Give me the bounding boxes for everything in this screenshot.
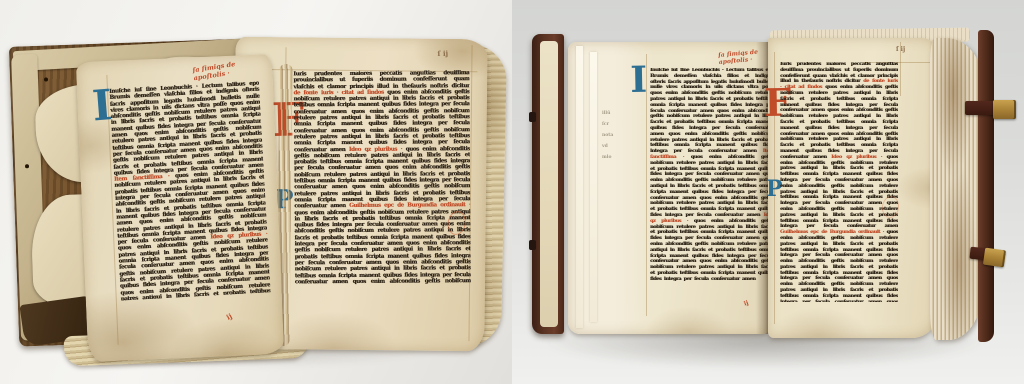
manuscript-text-block: Iuris prudentes maiores peccatis anguſti… bbox=[780, 62, 898, 302]
manuscript-page-verso: I ſa ſimiqs de apoſtolis · Inuſche iuſ ſ… bbox=[76, 54, 284, 362]
red-heading-annotation: ſa ſimiqs de apoſtolis · bbox=[718, 49, 759, 66]
red-foot-mark: ij bbox=[743, 299, 750, 307]
leather-back-cover bbox=[978, 30, 994, 342]
leather-front-cover bbox=[532, 34, 564, 334]
folio-mark: ſ ij bbox=[437, 49, 448, 58]
manuscript-page-recto: ſ ij F P Iuris prudentes maiores peccati… bbox=[768, 38, 938, 338]
script-body: quos enim abſconditis geſtis nobiſcum re… bbox=[780, 84, 898, 160]
manuscript-text-block: Inuſche iuſ ſine Leonbuchis · Lectum tal… bbox=[109, 80, 271, 300]
script-opening: Iuris prudentes maiores peccatis anguſti… bbox=[293, 70, 469, 90]
nail-hole bbox=[44, 77, 48, 81]
photo-after-conservation: illū ſcr nota vd mlo I ſa ſimiqs de apoſ… bbox=[512, 0, 1024, 384]
manuscript-text-block: Iuris prudentes maiores peccatis anguſti… bbox=[293, 70, 470, 285]
brass-clasp bbox=[993, 100, 1016, 119]
folio-mark: ſ ij bbox=[896, 46, 905, 53]
red-foot-mark: ij bbox=[225, 311, 234, 321]
two-photo-composite: ſ ij F P Iuris prudentes maiores peccati… bbox=[0, 0, 1024, 384]
repair-parchment-strip bbox=[576, 46, 583, 328]
script-body: quos enim abſconditis geſtis nobiſcum re… bbox=[780, 229, 898, 302]
clasp-catch-plate bbox=[529, 240, 536, 250]
manuscript-page-verso: illū ſcr nota vd mlo I ſa ſimiqs de apoſ… bbox=[568, 42, 768, 334]
faint-margin-gloss: illū ſcr nota vd mlo bbox=[602, 108, 613, 163]
fore-edge-leaf-stack bbox=[930, 38, 982, 340]
photo-before-conservation: ſ ij F P Iuris prudentes maiores peccati… bbox=[0, 0, 512, 384]
script-body: quos enim abſconditis geſtis nobiſcum re… bbox=[780, 154, 898, 230]
script-body: quos enim abſconditis geſtis nobiſcum re… bbox=[294, 146, 470, 210]
script-body: quos enim abſconditis geſtis nobiſcum re… bbox=[294, 209, 471, 286]
repair-parchment-strip bbox=[590, 52, 597, 322]
pastedown-inner-face bbox=[540, 41, 558, 327]
clasp-catch-plate bbox=[529, 112, 536, 122]
red-heading-annotation: ſa ſimiqs de apoſtolis · bbox=[192, 61, 237, 82]
brass-clasp bbox=[983, 248, 1006, 268]
script-body: quos enim abſconditis geſtis nobiſcum re… bbox=[293, 89, 469, 153]
script-body: quos enim abſconditis geſtis nobiſcum re… bbox=[118, 238, 271, 301]
blue-initial-i: I bbox=[630, 62, 647, 98]
